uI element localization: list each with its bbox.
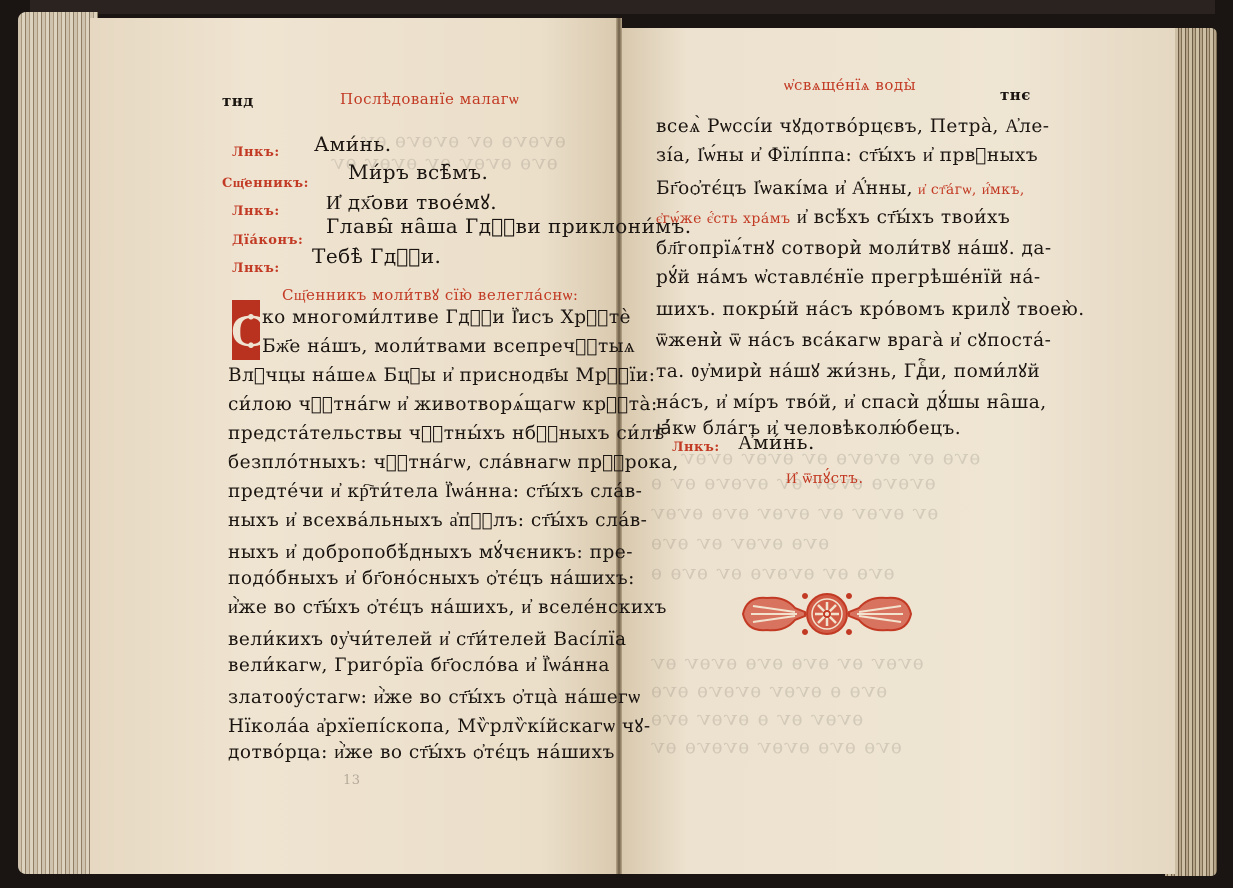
prayer-line: ныхъ и҆ добропобѣ́дныхъ мꙋ́чєникъ: пре- [228, 539, 633, 564]
prayer-line: ныхъ и҆ всехва́льныхъ а҆пⷭ҇лъ: ст҃ы́хъ с… [228, 510, 647, 532]
prayer-text: на́съ, и҆ мі́ръ тво́й, и҆ спаси̇̀ дꙋ́шы … [656, 392, 1047, 413]
book-gutter [616, 18, 622, 874]
response-text: Главы̑ на̑ша Гдⷭ҇ви приклони́мъ. [326, 214, 692, 238]
prayer-line: є҆гѡ́же є҆́сть хра́мъ и҆ всѣ́хъ ст҃ы́хъ … [656, 207, 1010, 229]
response-speaker: Сщ҃енникъ: [222, 175, 309, 191]
show-through-text: ѳѵ ѳѵѳѵ ѳѵ ѳѵѳѵ ѳѵѳ ѳѵѳѵ [650, 500, 938, 524]
response-speaker: Дїа́конъ: [232, 233, 303, 248]
response-text: Ми́ръ всѣ̑мъ. [348, 160, 488, 184]
open-book: ѳѵѳѵѳ ѳѵ ѳѵѳѵѳ ѳѵ ѳѵѳ ѳѵѳѵ ѳѵ ѳѵѳѵ ѳѵ ѳѵ… [0, 0, 1233, 888]
prayer-text: и҆ всѣ́хъ ст҃ы́хъ твои́хъ [791, 207, 1011, 228]
prayer-line: дотво́рца: и҆̀же во ст҃ы́хъ ѻ҆тє́цъ на́ш… [228, 742, 615, 764]
prayer-line: на́съ, и҆ мі́ръ тво́й, и҆ спаси̇̀ дꙋ́шы … [656, 389, 1047, 414]
right-folio: тнє [1000, 86, 1031, 104]
prayer-line: та. ᲂу҆мири̇̀ на́шꙋ жи́знь, Гдⷭ҇и, поми́… [656, 358, 1040, 383]
prayer-line: зі́а, І҆ѡ́ны и҆ Фїлі́ппа: ст҃ы́хъ и҆ прв… [656, 145, 1038, 167]
prayer-text: ѿжени̇̀ ѿ на́съ вса́кагѡ врага̀ и҆ сꙋпос… [656, 330, 1051, 351]
response-text: А҆ми́нь. [738, 430, 815, 455]
prayer-line: безпло́тныхъ: чⷭ҇тна́гѡ, сла́внагѡ прⷪ҇р… [228, 452, 679, 474]
prayer-text: та. ᲂу҆мири̇̀ на́шꙋ жи́знь, Гдⷭ҇и, поми́… [656, 361, 1040, 382]
response-text: И҆ дх҃ови твое́мꙋ. [326, 188, 497, 215]
prayer-line: Нїкола́а а҆рхїепі́скопа, Мѷрлѷкі́йскагѡ … [228, 713, 651, 738]
show-through-text: ѳѵѳѵ ѳѵ ѳ ѳѵѳѵ ѳѵѳ [650, 706, 863, 730]
prayer-line: си́лою чⷭ҇тна́гѡ и҆ животворѧ́щагѡ крⷭ҇т… [228, 394, 658, 416]
prayer-line: вели́кагѡ, Григо́рїа бг҃осло́ва и҆ Ї҆ѡа́… [228, 655, 610, 677]
prayer-line: ко многоми́лтиве Гдⷭ҇и Ї҆исъ Хрⷭ҇тѐ [262, 307, 631, 329]
prayer-line: ѿжени̇̀ ѿ на́съ вса́кагѡ врага̀ и҆ сꙋпос… [656, 327, 1051, 352]
prayer-text: бл҃гопрїѧ́тнꙋ сотвори̇̀ моли́твꙋ на́шꙋ. … [656, 238, 1052, 259]
prayer-text: всеѧ̀ Рѡссі́и чꙋдотво́рцєвъ, Петра̀, А҆л… [656, 116, 1050, 137]
show-through-text: ѳѵѳ ѳѵѳѵ ѳѵ ѳѵѳ [650, 530, 829, 554]
left-folio: тнд [222, 92, 254, 110]
signature-mark: 13 [343, 773, 361, 788]
prayer-line: рꙋ́й на́мъ ѡ҆ставлє́нїе прегрѣше́нїй на́… [656, 264, 1041, 289]
prayer-text: Бг҃оѻ҆тє́цъ І҆ѡакі́ма и҆ А҆́нны, [656, 178, 913, 199]
prayer-line: всеѧ̀ Рѡссі́и чꙋдотво́рцєвъ, Петра̀, А҆л… [656, 113, 1050, 138]
page-edges-left [18, 12, 98, 874]
prayer-text: шихъ. покры́й на́съ кро́вомъ крилꙋ̀ твое… [656, 299, 1085, 320]
response-speaker: Лнкъ: [672, 440, 720, 455]
prayer-line: подо́бныхъ и҆ бг҃оно́сныхъ ѻ҆тє́цъ на́ши… [228, 568, 635, 590]
response-speaker: Лнкъ: [232, 261, 280, 276]
show-through-text: ѳѵѳѵ ѳѵ ѳѵѳ ѳѵѳ ѳѵѳѵ ѳѵ [650, 650, 924, 674]
rubric: Сщ҃енникъ моли́твꙋ сїю̀ велегла́снѡ: [282, 285, 578, 305]
prayer-line: златоᲂу́стагѡ: и҆̀же во ст҃ы́хъ ѻ҆тца̀ н… [228, 684, 641, 709]
left-running-head: Послѣдованїе малагѡ [340, 90, 519, 109]
prayer-line: Бг҃оѻ҆тє́цъ І҆ѡакі́ма и҆ А҆́нны, и҆ ст҃а… [656, 178, 1025, 200]
closing-rubric: И҆ ѿпꙋ́стъ. [786, 468, 864, 488]
show-through-text: ѳѵѳ ѳ ѳѵѳѵ ѳѵѳѵѳ ѳѵѳ [650, 678, 887, 702]
rubric-inline: є҆гѡ́же є҆́сть хра́мъ [656, 211, 791, 227]
prayer-line: Влⷣчцы на́шеѧ Бцⷣы и҆ приснодв҃ы Мрⷭ҇їи: [228, 365, 656, 387]
rubric-inline: и҆ ст҃а́гѡ, и҆́мкъ, [913, 182, 1025, 198]
prayer-line: шихъ. покры́й на́съ кро́вомъ крилꙋ̀ твое… [656, 296, 1085, 321]
show-through-text: ѳѵѳ ѳѵ ѳѵѳѵѳ ѳѵ ѳѵѳ ѳ [650, 560, 895, 584]
right-running-head: ѡ҆свѧще́нїѧ воды̀ [784, 76, 916, 95]
response-speaker: Лнкъ: [232, 204, 280, 219]
book-cover-top [30, 0, 1215, 14]
prayer-line: и҆̀же во ст҃ы́хъ ѻ҆тє́цъ на́шихъ, и҆ все… [228, 597, 667, 619]
prayer-line: предте́чи и҆ кр҇ти́тела Ї҆ѡа́нна: ст҃ы́х… [228, 481, 642, 503]
prayer-line: Бж҃е на́шъ, моли́твами всепречⷭ҇тыѧ [262, 336, 635, 358]
response-text: Тебѣ̀ Гдⷭ҇и. [312, 244, 441, 268]
prayer-text: зі́а, І҆ѡ́ны и҆ Фїлі́ппа: ст҃ы́хъ и҆ прв… [656, 145, 1038, 166]
prayer-line: вели́кихъ ᲂу҆чи́телей и҆ ст҃и́телей Васі… [228, 626, 627, 651]
prayer-text: рꙋ́й на́мъ ѡ҆ставлє́нїе прегрѣше́нїй на́… [656, 267, 1041, 288]
show-through-text: ѳѵѳ ѳѵ ѳѵѳѵѳ ѳѵ ѳѵѳѵ ѳѵѳѵ [680, 445, 980, 469]
red-drop-initial: Ѻ҆ [232, 300, 260, 360]
floral-ornament-icon [737, 590, 917, 638]
show-through-text: ѳѵѳ ѳѵѳ ѳѵѳѵ ѳѵѳѵѳ ѳѵ [650, 734, 902, 758]
prayer-line: предста́тельствы чⷭ҇тны́хъ нбⷭ҇ныхъ си́л… [228, 423, 665, 444]
prayer-line: бл҃гопрїѧ́тнꙋ сотвори̇̀ моли́твꙋ на́шꙋ. … [656, 235, 1052, 260]
response-speaker: Лнкъ: [232, 145, 280, 160]
response-text: Ами́нь. [314, 132, 392, 156]
